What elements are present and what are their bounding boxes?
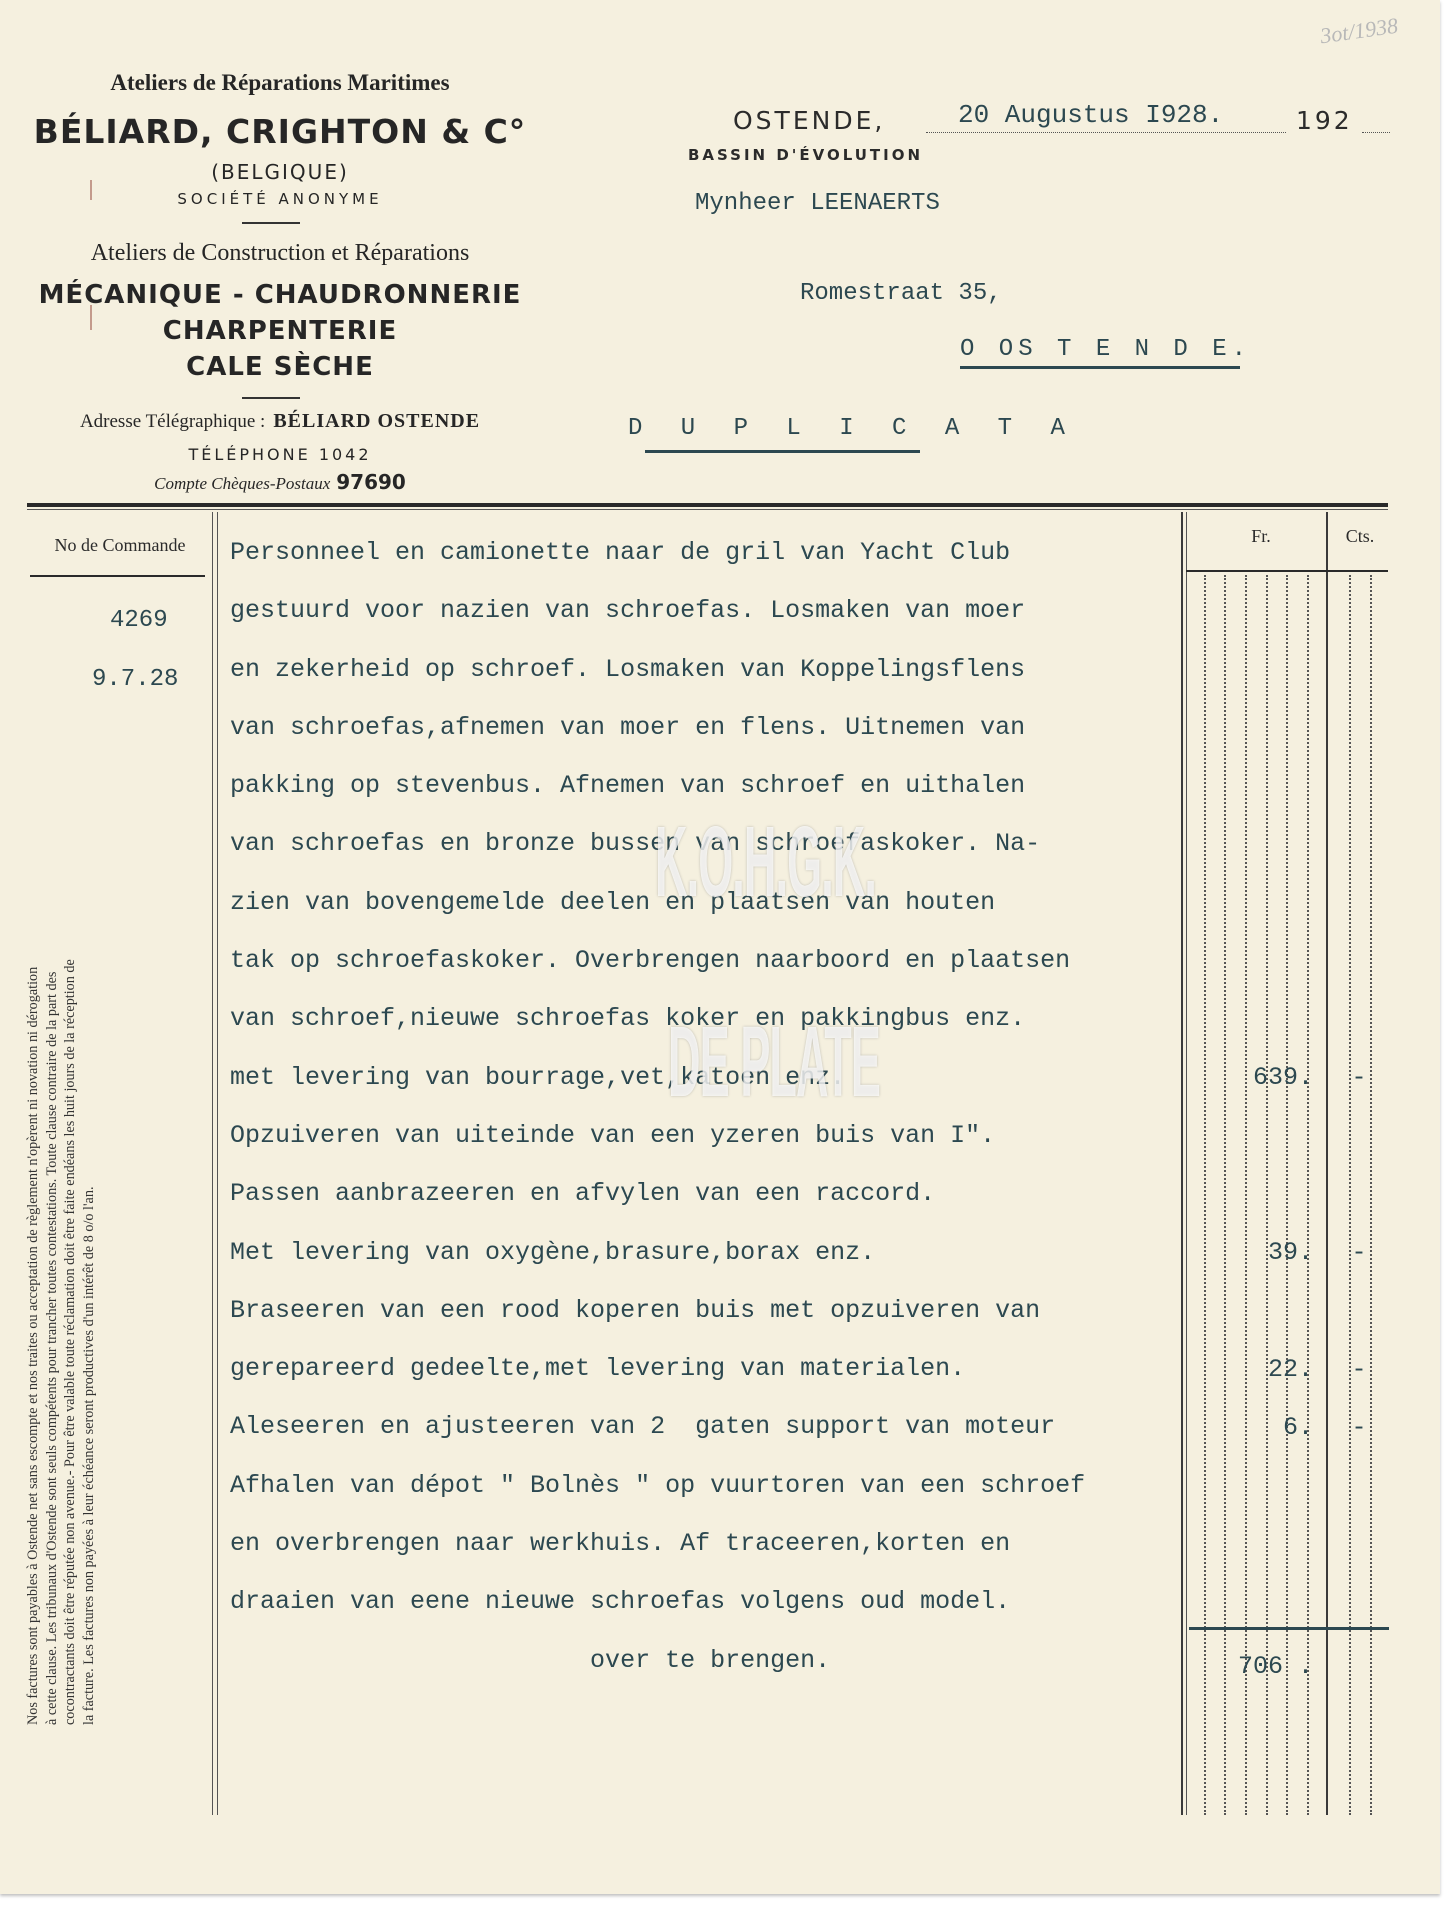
company-country: (BELGIQUE) — [20, 160, 540, 184]
letterhead-subtitle: Ateliers de Construction et Réparations — [20, 240, 540, 267]
amount-column-border — [1186, 512, 1187, 1815]
telegraph-address: Adresse Télégraphique :BÉLIARD OSTENDE — [20, 410, 540, 433]
franc-column-header: Fr. — [1196, 526, 1326, 547]
order-column-border — [212, 512, 213, 1815]
franc-cents-divider — [1326, 512, 1328, 1815]
divider — [242, 222, 300, 224]
table-row: Passen aanbrazeeren en afvylen van een r… — [230, 1179, 1085, 1237]
table-row: over te brengen. — [230, 1646, 1085, 1704]
table-row: draaien van eene nieuwe schroefas volgen… — [230, 1587, 1085, 1645]
recipient-street: Romestraat 35, — [800, 280, 1002, 307]
amount-header-rule — [1186, 570, 1388, 572]
amount-cents: - — [1344, 1413, 1374, 1442]
table-row: gestuurd voor nazien van schroefas. Losm… — [230, 596, 1085, 654]
place-label: OSTENDE, — [733, 106, 885, 135]
subtotal-rule — [1189, 1627, 1389, 1630]
order-column-border — [217, 512, 218, 1815]
table-row: Opzuiveren van uiteinde van een yzeren b… — [230, 1121, 1085, 1179]
amount-cents: - — [1344, 1238, 1374, 1267]
recipient-name: Mynheer LEENAERTS — [695, 190, 940, 217]
amount-francs: 639. — [1213, 1063, 1313, 1092]
table-row: Braseeren van een rood koperen buis met … — [230, 1296, 1085, 1354]
table-row: Personneel en camionette naar de gril va… — [230, 538, 1085, 596]
company-name: BÉLIARD, CRIGHTON & C° — [20, 112, 540, 151]
order-column-header: No de Commande — [30, 535, 210, 556]
order-header-rule — [30, 575, 205, 577]
watermark-line2: DE PLATE — [668, 1005, 880, 1120]
service-1: MÉCANIQUE - CHAUDRONNERIE — [20, 280, 540, 310]
amount-cents: - — [1344, 1355, 1374, 1384]
postal-account: Compte Chèques-Postaux97690 — [20, 470, 540, 494]
document-type-underline — [645, 450, 920, 453]
amount-cents: - — [1344, 1063, 1374, 1092]
letterhead-tagline: Ateliers de Réparations Maritimes — [20, 70, 540, 96]
city-underline — [960, 366, 1240, 369]
payment-terms-line: cocontractants doit être réputée non ave… — [61, 665, 80, 1725]
company-legal-form: SOCIÉTÉ ANONYME — [20, 190, 540, 208]
table-row: Met levering van oxygène,brasure,borax e… — [230, 1238, 1085, 1296]
service-3: CALE SÈCHE — [20, 352, 540, 382]
table-row: en zekerheid op schroef. Losmaken van Ko… — [230, 655, 1085, 713]
telephone: TÉLÉPHONE 1042 — [20, 445, 540, 464]
telegraph-value: BÉLIARD OSTENDE — [273, 410, 480, 432]
invoice-description: Personneel en camionette naar de gril va… — [230, 538, 1085, 1704]
table-row: Aleseeren en ajusteeren van 2 gaten supp… — [230, 1412, 1085, 1470]
recipient-city: O OS T E N D E. — [960, 336, 1251, 363]
table-top-rule — [27, 503, 1388, 507]
watermark-line1: K.O.H.G.K. — [655, 805, 876, 920]
table-row: van schroefas,afnemen van moer en flens.… — [230, 713, 1085, 771]
ink-mark — [90, 180, 92, 200]
table-row: gerepareerd gedeelte,met levering van ma… — [230, 1354, 1085, 1412]
invoice-date: 20 Augustus I928. — [958, 100, 1223, 130]
table-row: en overbrengen naar werkhuis. Af traceer… — [230, 1529, 1085, 1587]
amount-francs: 39. — [1213, 1238, 1313, 1267]
year-prefix: 192 — [1296, 106, 1353, 135]
order-date: 9.7.28 — [92, 666, 178, 693]
invoice-paper: 3ot/1938 Ateliers de Réparations Maritim… — [0, 0, 1440, 1894]
table-row: tak op schroefaskoker. Overbrengen naarb… — [230, 946, 1085, 1004]
carried-forward-amount: 706 . — [1213, 1652, 1313, 1681]
location-label: BASSIN D'ÉVOLUTION — [688, 146, 923, 164]
date-dotted-line — [926, 132, 1286, 133]
amount-francs: 6. — [1213, 1413, 1313, 1442]
document-type: D U P L I C A T A — [628, 415, 1077, 442]
payment-terms-line: Nos factures sont payables à Ostende net… — [24, 665, 43, 1725]
payment-terms-line: la facture. Les factures non payées à le… — [80, 665, 99, 1725]
order-number: 4269 — [110, 607, 168, 634]
ink-mark — [90, 305, 92, 330]
payment-terms-line: à cette clause. Les tribunaux d'Ostende … — [43, 665, 62, 1725]
service-2: CHARPENTERIE — [20, 316, 540, 346]
pencil-annotation: 3ot/1938 — [1319, 13, 1400, 50]
cents-column-header: Cts. — [1331, 526, 1389, 547]
table-row: met levering van bourrage,vet,katoen enz… — [230, 1063, 1085, 1121]
table-top-rule-thin — [27, 509, 1388, 510]
postal-account-label: Compte Chèques-Postaux — [154, 474, 330, 493]
postal-account-value: 97690 — [336, 470, 406, 494]
table-row: van schroef,nieuwe schroefas koker en pa… — [230, 1004, 1085, 1062]
amount-column-border — [1181, 512, 1183, 1815]
table-row: Afhalen van dépot " Bolnès " op vuurtore… — [230, 1471, 1085, 1529]
divider — [242, 397, 300, 399]
payment-terms: Nos factures sont payables à Ostende net… — [24, 665, 98, 1725]
amount-francs: 22. — [1213, 1355, 1313, 1384]
year-dotted-line — [1362, 132, 1390, 133]
telegraph-label: Adresse Télégraphique : — [80, 411, 265, 432]
